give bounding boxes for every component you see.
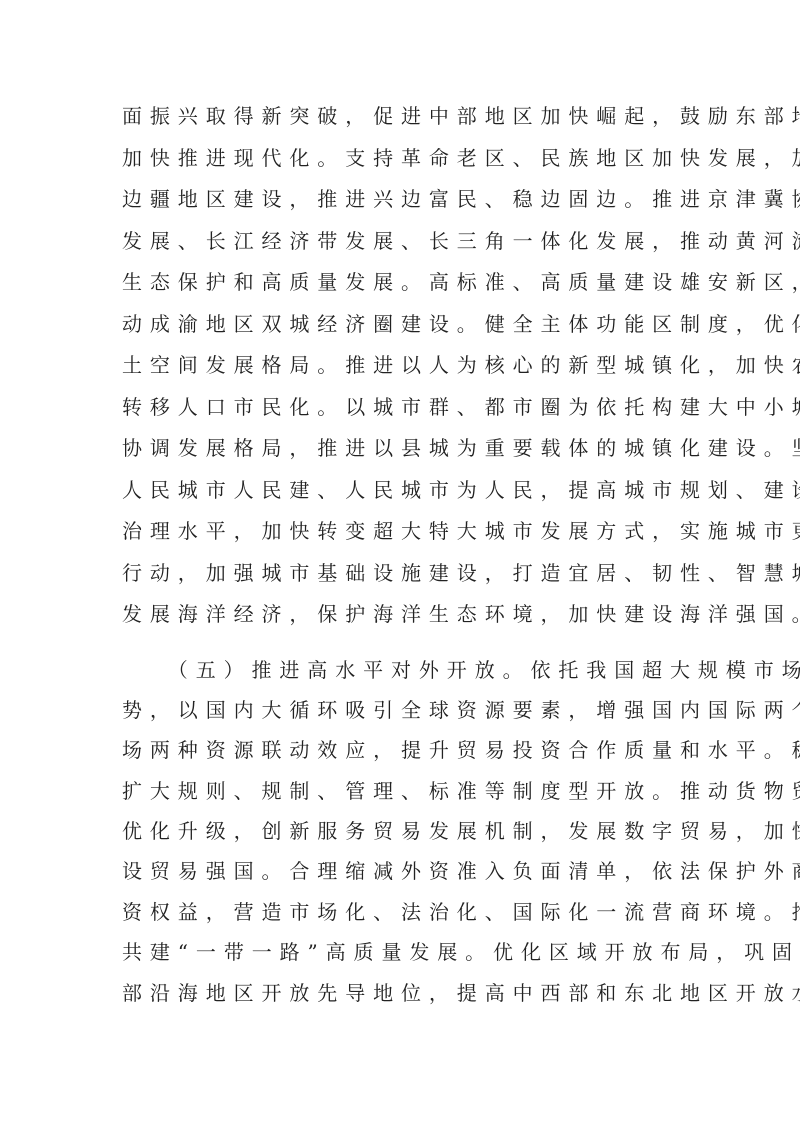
text-line: 治理水平，加快转变超大特大城市发展方式，实施城市更新	[122, 511, 694, 553]
text-line: 扩大规则、规制、管理、标准等制度型开放。推动货物贸易	[122, 771, 694, 811]
text-line: 优化升级，创新服务贸易发展机制，发展数字贸易，加快建	[122, 811, 694, 851]
document-body: 面振兴取得新突破，促进中部地区加快崛起，鼓励东部地区 加快推进现代化。支持革命老…	[122, 96, 694, 1013]
paragraph-regional-development: 面振兴取得新突破，促进中部地区加快崛起，鼓励东部地区 加快推进现代化。支持革命老…	[122, 96, 694, 636]
text-line: 势，以国内大循环吸引全球资源要素，增强国内国际两个市	[122, 690, 694, 730]
text-line: 转移人口市民化。以城市群、都市圈为依托构建大中小城市	[122, 387, 694, 429]
text-line: 发展海洋经济，保护海洋生态环境，加快建设海洋强国。	[122, 594, 694, 636]
text-line: 共建“一带一路”高质量发展。优化区域开放布局，巩固东	[122, 932, 694, 972]
text-line: 资权益，营造市场化、法治化、国际化一流营商环境。推动	[122, 892, 694, 932]
section-heading-line: （五）推进高水平对外开放。依托我国超大规模市场优	[122, 650, 694, 690]
text-line: 加快推进现代化。支持革命老区、民族地区加快发展，加强	[122, 138, 694, 180]
text-line: 生态保护和高质量发展。高标准、高质量建设雄安新区，推	[122, 262, 694, 304]
text-line: 土空间发展格局。推进以人为核心的新型城镇化，加快农业	[122, 345, 694, 387]
text-line: 行动，加强城市基础设施建设，打造宜居、韧性、智慧城市。	[122, 553, 694, 595]
text-line: 场两种资源联动效应，提升贸易投资合作质量和水平。稳步	[122, 730, 694, 770]
paragraph-opening-up: （五）推进高水平对外开放。依托我国超大规模市场优 势，以国内大循环吸引全球资源要…	[122, 650, 694, 1014]
text-line: 人民城市人民建、人民城市为人民，提高城市规划、建设、	[122, 470, 694, 512]
text-line: 部沿海地区开放先导地位，提高中西部和东北地区开放水平。	[122, 973, 694, 1013]
text-line: 协调发展格局，推进以县城为重要载体的城镇化建设。坚持	[122, 428, 694, 470]
text-line: 设贸易强国。合理缩减外资准入负面清单，依法保护外商投	[122, 851, 694, 891]
document-page: 面振兴取得新突破，促进中部地区加快崛起，鼓励东部地区 加快推进现代化。支持革命老…	[0, 0, 800, 1131]
text-line: 边疆地区建设，推进兴边富民、稳边固边。推进京津冀协同	[122, 179, 694, 221]
text-line: 动成渝地区双城经济圈建设。健全主体功能区制度，优化国	[122, 304, 694, 346]
text-line: 面振兴取得新突破，促进中部地区加快崛起，鼓励东部地区	[122, 96, 694, 138]
text-line: 发展、长江经济带发展、长三角一体化发展，推动黄河流域	[122, 221, 694, 263]
